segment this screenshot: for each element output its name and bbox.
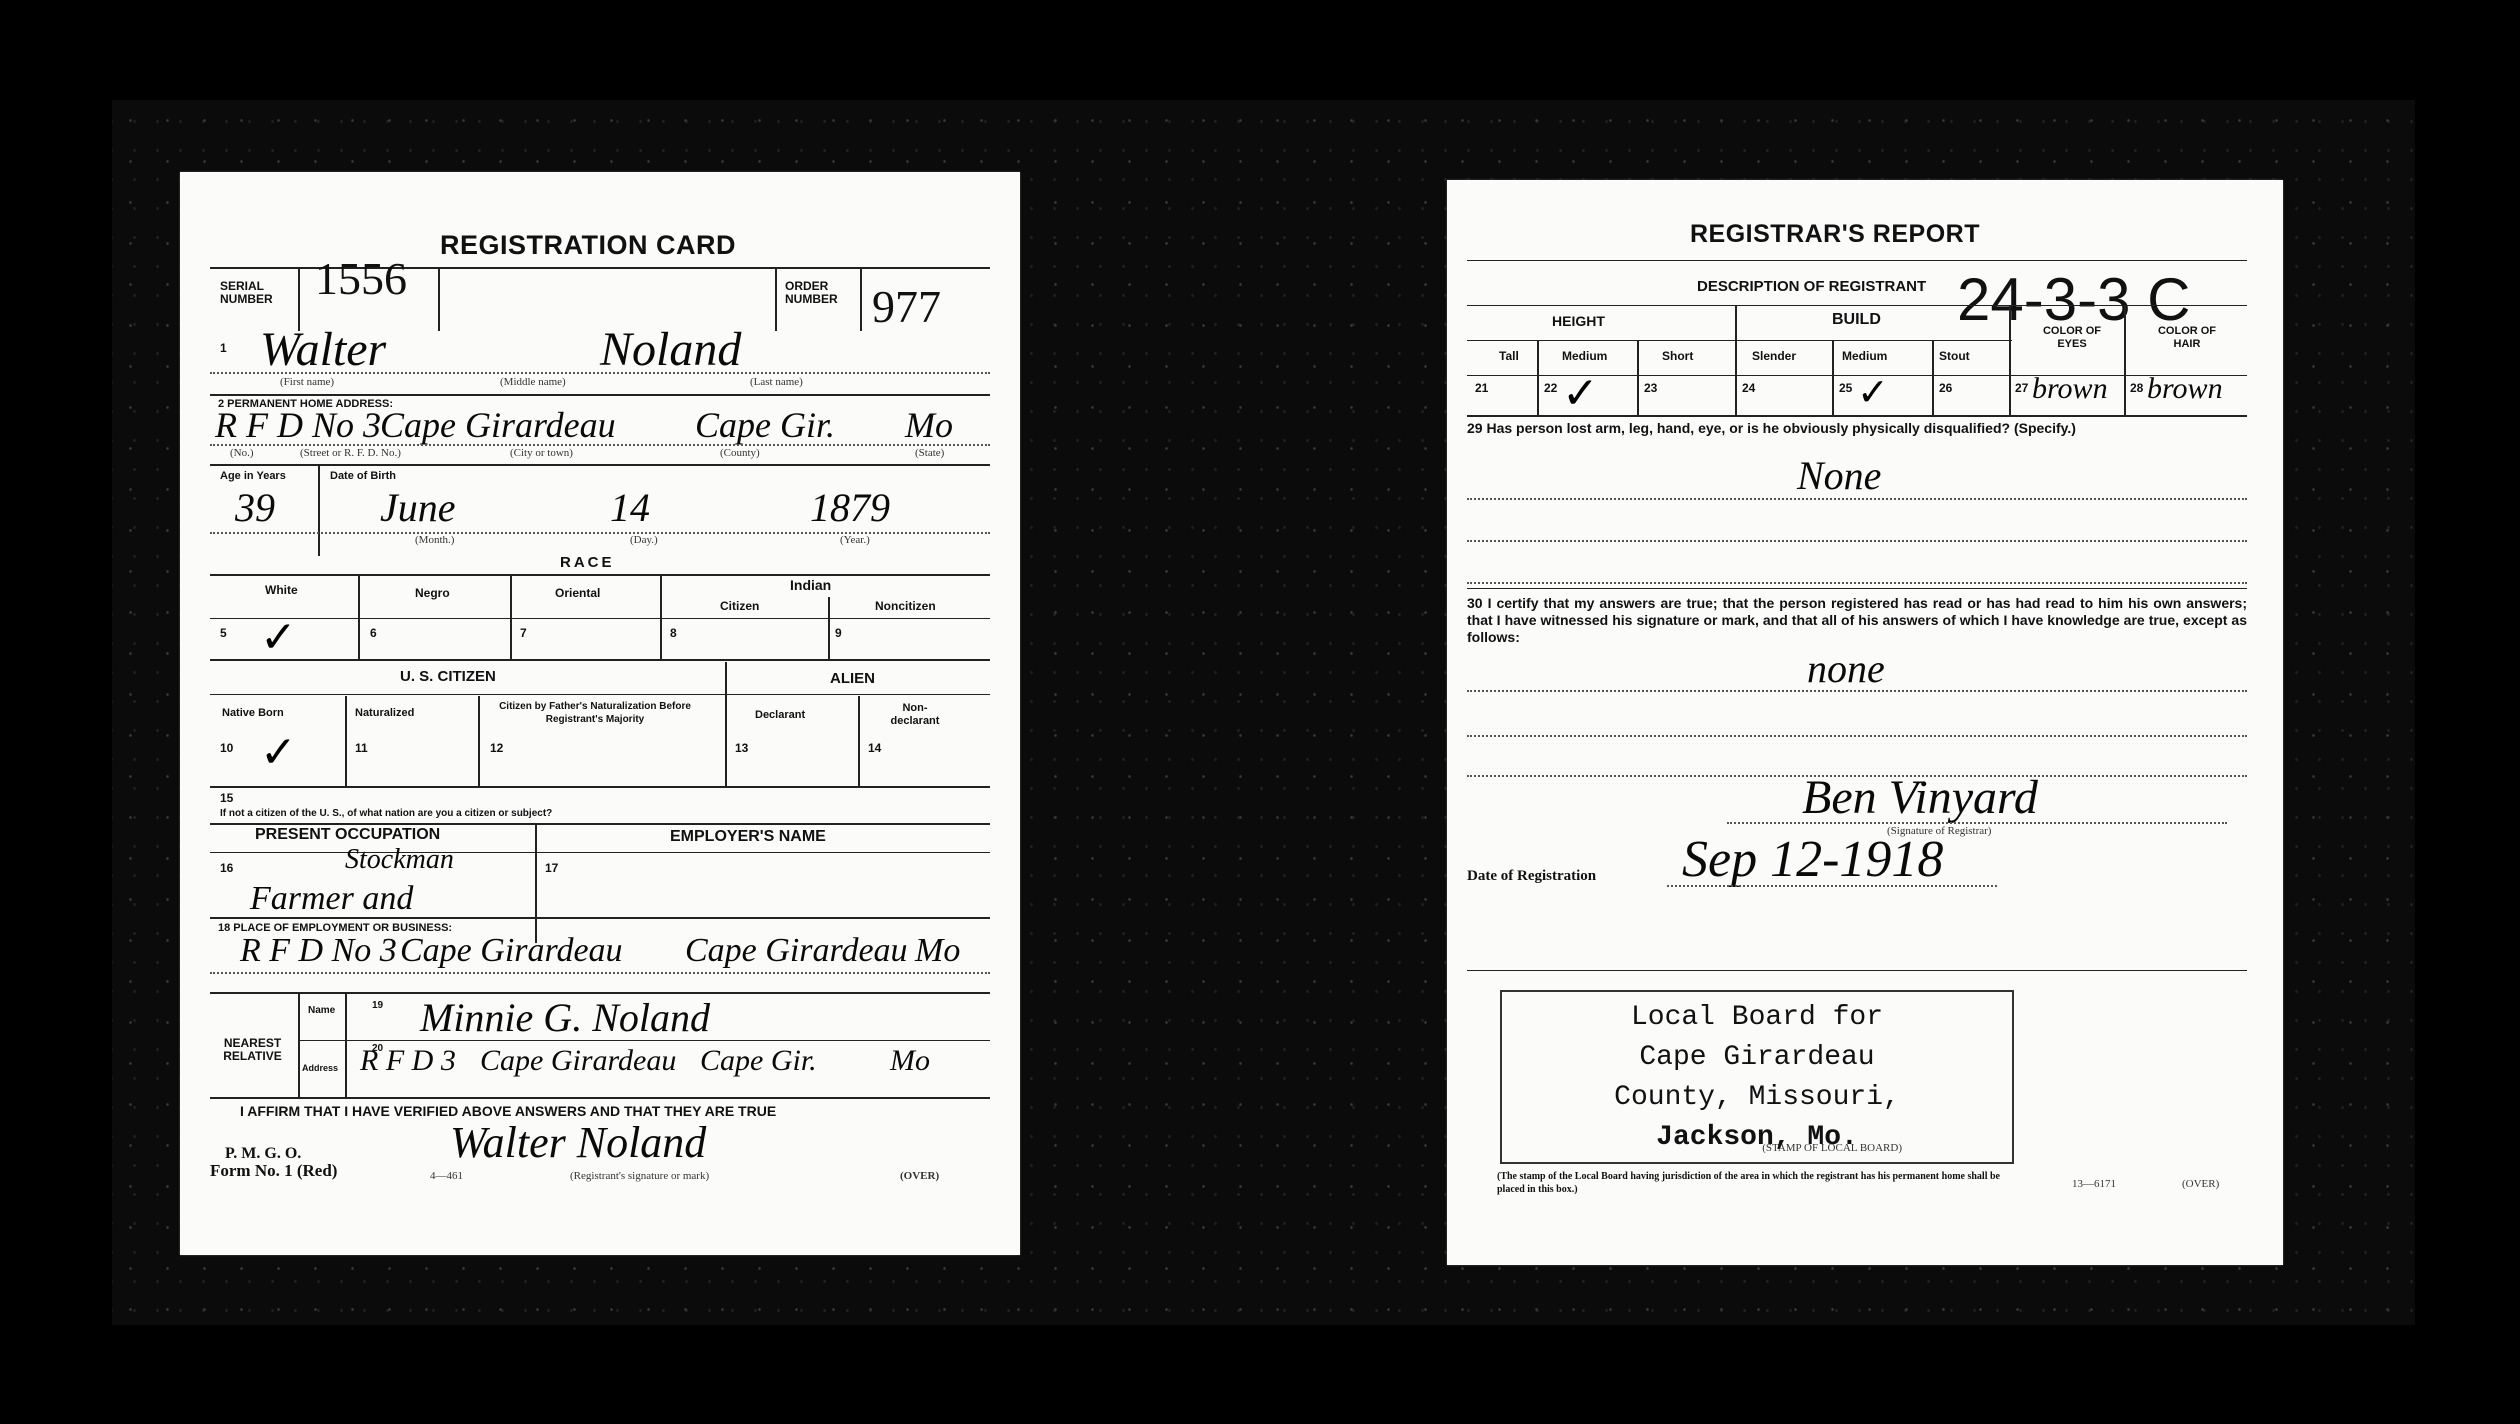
- nationality-question: If not a citizen of the U. S., of what n…: [220, 807, 552, 820]
- description-label: DESCRIPTION OF REGISTRANT: [1697, 280, 1926, 293]
- caption: (Street or R. F. D. No.): [300, 447, 401, 459]
- build-medium-label: Medium: [1842, 350, 1887, 363]
- stamp-line: Local Board for: [1502, 998, 2012, 1038]
- us-citizen-label: U. S. CITIZEN: [400, 670, 496, 683]
- hair-color-value: brown: [2147, 372, 2223, 406]
- field-number: 11: [355, 742, 368, 755]
- caption: (Year.): [840, 534, 870, 546]
- first-name: Walter: [260, 322, 386, 377]
- relative-city: Cape Girardeau: [480, 1044, 676, 1078]
- field-number: 16: [220, 862, 233, 875]
- home-state: Mo: [905, 404, 953, 446]
- employment-state: Mo: [915, 932, 960, 970]
- race-label: RACE: [560, 556, 615, 569]
- occupation-line2: Farmer and: [250, 880, 413, 918]
- employer-label: EMPLOYER'S NAME: [670, 830, 826, 843]
- field-number: 10: [220, 742, 233, 755]
- field-number: 1: [220, 342, 227, 355]
- order-number: 977: [872, 280, 941, 333]
- field-number: 7: [520, 627, 527, 640]
- field-number: 19: [372, 999, 383, 1012]
- relative-county: Cape Gir.: [700, 1044, 817, 1078]
- field-number: 14: [868, 742, 881, 755]
- home-city: Cape Girardeau: [380, 404, 616, 446]
- eye-color-value: brown: [2032, 372, 2108, 406]
- nearest-relative-label: NEAREST RELATIVE: [215, 1037, 290, 1063]
- field-number: 27: [2015, 382, 2028, 395]
- field-number: 17: [545, 862, 558, 875]
- last-name: Noland: [600, 322, 741, 377]
- race-negro-label: Negro: [415, 587, 450, 600]
- relative-name-label: Name: [308, 1004, 335, 1017]
- occupation-label: PRESENT OCCUPATION: [255, 828, 440, 841]
- print-code: 13—6171: [2072, 1178, 2116, 1190]
- card-title: REGISTRATION CARD: [440, 230, 736, 261]
- height-label: HEIGHT: [1552, 315, 1605, 328]
- stamp-line: County, Missouri,: [1502, 1078, 2012, 1118]
- field-number: 25: [1839, 382, 1852, 395]
- local-board-stamp-box: Local Board for Cape Girardeau County, M…: [1500, 990, 2014, 1164]
- native-born-label: Native Born: [222, 707, 284, 720]
- over-label: (OVER): [900, 1170, 939, 1182]
- field-number: 22: [1544, 382, 1557, 395]
- height-medium-label: Medium: [1562, 350, 1607, 363]
- employment-county: Cape Girardeau: [685, 932, 908, 970]
- citizen-by-father-label: Citizen by Father's Naturalization Befor…: [495, 700, 695, 726]
- registrant-signature: Walter Noland: [450, 1117, 706, 1168]
- stamp-instructions: (The stamp of the Local Board having jur…: [1497, 1170, 2017, 1196]
- height-medium-checkmark: ✓: [1562, 368, 1599, 419]
- field-number: 5: [220, 627, 227, 640]
- field-number: 28: [2130, 382, 2143, 395]
- naturalized-label: Naturalized: [355, 707, 414, 720]
- serial-label: SERIAL NUMBER: [220, 280, 280, 306]
- race-oriental-label: Oriental: [555, 587, 600, 600]
- caption: (Day.): [630, 534, 658, 546]
- hair-color-label: COLOR OF HAIR: [2147, 325, 2227, 351]
- certification-text: 30 I certify that my answers are true; t…: [1467, 595, 2247, 646]
- form-number: Form No. 1 (Red): [210, 1164, 337, 1177]
- field-number: 12: [490, 742, 503, 755]
- home-street: R F D No 3: [215, 404, 381, 446]
- race-indian-citizen-label: Citizen: [720, 600, 759, 613]
- height-short-label: Short: [1662, 350, 1693, 363]
- build-medium-checkmark: ✓: [1857, 370, 1889, 414]
- caption: (First name): [280, 376, 334, 388]
- non-declarant-label: Non-declarant: [885, 702, 945, 728]
- field-number: 13: [735, 742, 748, 755]
- date-of-registration: Sep 12-1918: [1682, 830, 1943, 889]
- field-number: 6: [370, 627, 377, 640]
- caption: (No.): [230, 447, 254, 459]
- form-id: P. M. G. O.: [225, 1147, 301, 1160]
- caption: (Last name): [750, 376, 803, 388]
- relative-state: Mo: [890, 1044, 930, 1078]
- dob-year: 1879: [810, 484, 890, 531]
- dob-label: Date of Birth: [330, 470, 396, 483]
- caption: (County): [720, 447, 760, 459]
- home-county: Cape Gir.: [695, 404, 835, 446]
- serial-number: 1556: [315, 252, 407, 305]
- stamp-line: Jackson, Mo.: [1502, 1118, 2012, 1158]
- field-number: 9: [835, 627, 842, 640]
- disqualification-answer: None: [1797, 452, 1881, 499]
- dob-day: 14: [610, 484, 650, 531]
- disqualification-question: 29 Has person lost arm, leg, hand, eye, …: [1467, 420, 2247, 437]
- build-stout-label: Stout: [1939, 350, 1970, 363]
- alien-label: ALIEN: [830, 672, 875, 685]
- relative-address-label: Address: [302, 1062, 338, 1075]
- caption: (Middle name): [500, 376, 566, 388]
- relative-street: R F D 3: [360, 1044, 456, 1078]
- native-born-checkmark: ✓: [260, 727, 297, 778]
- field-number: 21: [1475, 382, 1488, 395]
- age-value: 39: [235, 484, 275, 531]
- registrar-signature: Ben Vinyard: [1802, 770, 2038, 825]
- height-tall-label: Tall: [1499, 350, 1519, 363]
- classification-stamp: 24-3-3 C: [1957, 265, 2190, 334]
- caption: (State): [915, 447, 944, 459]
- age-label: Age in Years: [220, 470, 286, 483]
- print-code: 4—461: [430, 1170, 463, 1182]
- race-white-label: White: [265, 584, 298, 597]
- occupation-line1: Stockman: [345, 844, 454, 876]
- field-number: 8: [670, 627, 677, 640]
- employment-city: Cape Girardeau: [400, 932, 623, 970]
- build-slender-label: Slender: [1752, 350, 1796, 363]
- registrar-report-card: REGISTRAR'S REPORT DESCRIPTION OF REGIST…: [1447, 180, 2283, 1265]
- caption: (Month.): [415, 534, 454, 546]
- race-white-checkmark: ✓: [260, 612, 297, 663]
- caption: (City or town): [510, 447, 573, 459]
- field-number: 26: [1939, 382, 1952, 395]
- date-of-registration-label: Date of Registration: [1467, 870, 1596, 883]
- eye-color-label: COLOR OF EYES: [2032, 325, 2112, 351]
- certification-exceptions: none: [1807, 645, 1885, 692]
- dob-month: June: [380, 484, 456, 531]
- declarant-label: Declarant: [755, 709, 805, 722]
- employment-street: R F D No 3: [240, 932, 397, 970]
- field-number: 23: [1644, 382, 1657, 395]
- race-indian-noncitizen-label: Noncitizen: [875, 600, 936, 613]
- registration-card: REGISTRATION CARD SERIAL NUMBER 1556 ORD…: [180, 172, 1020, 1255]
- field-number: 15: [220, 792, 233, 805]
- field-number: 24: [1742, 382, 1755, 395]
- stamp-line: Cape Girardeau: [1502, 1038, 2012, 1078]
- over-label: (OVER): [2182, 1178, 2219, 1190]
- order-label: ORDER NUMBER: [785, 280, 855, 306]
- signature-caption: (Registrant's signature or mark): [570, 1170, 709, 1182]
- build-label: BUILD: [1832, 313, 1881, 326]
- indian-label: Indian: [790, 579, 831, 592]
- report-title: REGISTRAR'S REPORT: [1690, 220, 1980, 249]
- relative-name: Minnie G. Noland: [420, 994, 710, 1041]
- stamp-caption: (STAMP OF LOCAL BOARD): [1762, 1142, 1902, 1154]
